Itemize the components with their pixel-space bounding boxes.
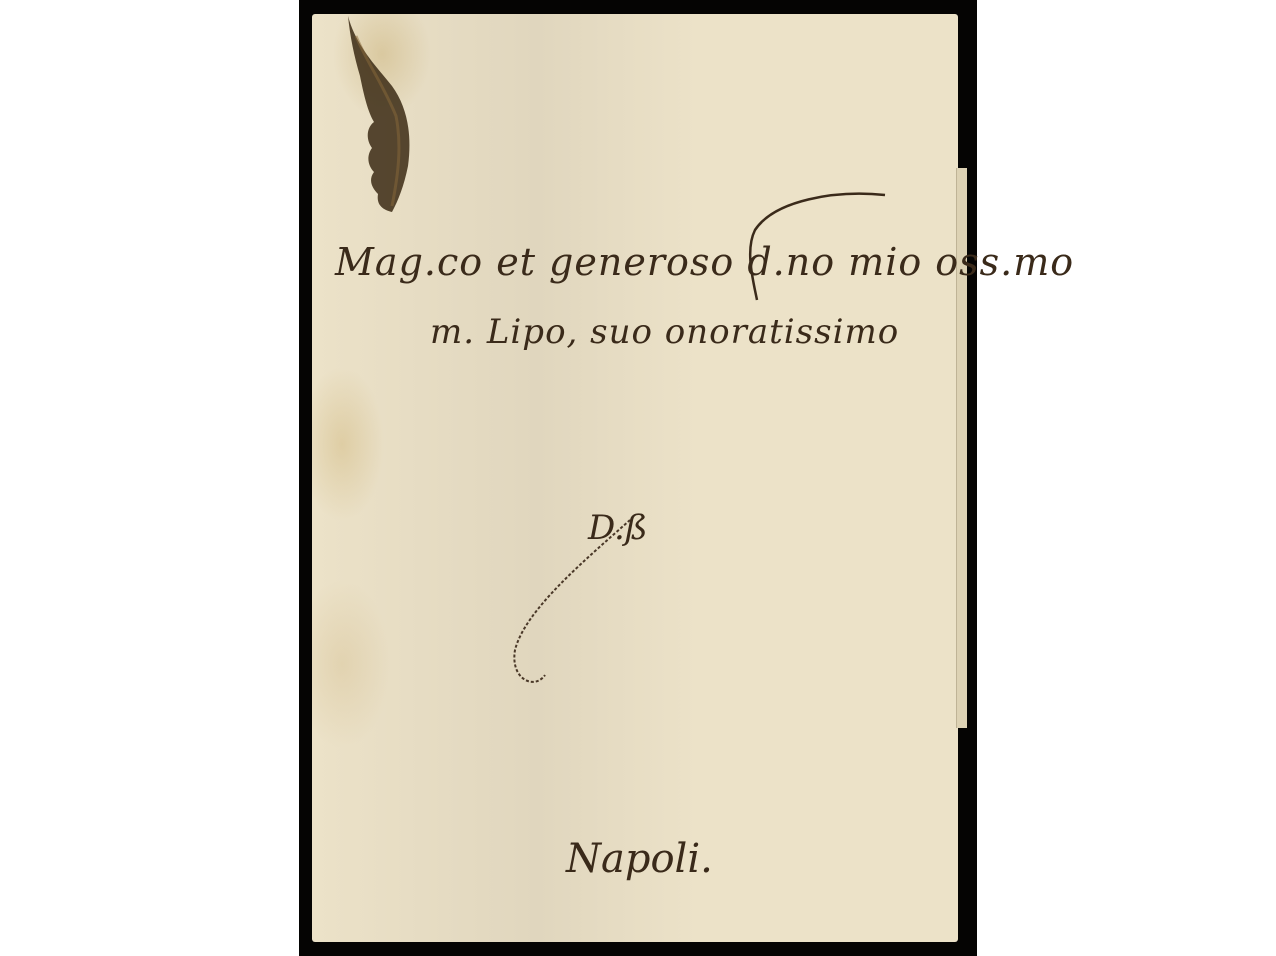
address-line-2: m. Lipo, suo onoratissimo bbox=[430, 312, 899, 352]
center-mark: D.ß bbox=[588, 508, 648, 548]
address-line-1: Mag.co et generoso d.no mio oss.mo bbox=[335, 240, 1074, 284]
torn-seal-hole bbox=[346, 16, 412, 212]
destination-text: Napoli. bbox=[566, 836, 713, 882]
